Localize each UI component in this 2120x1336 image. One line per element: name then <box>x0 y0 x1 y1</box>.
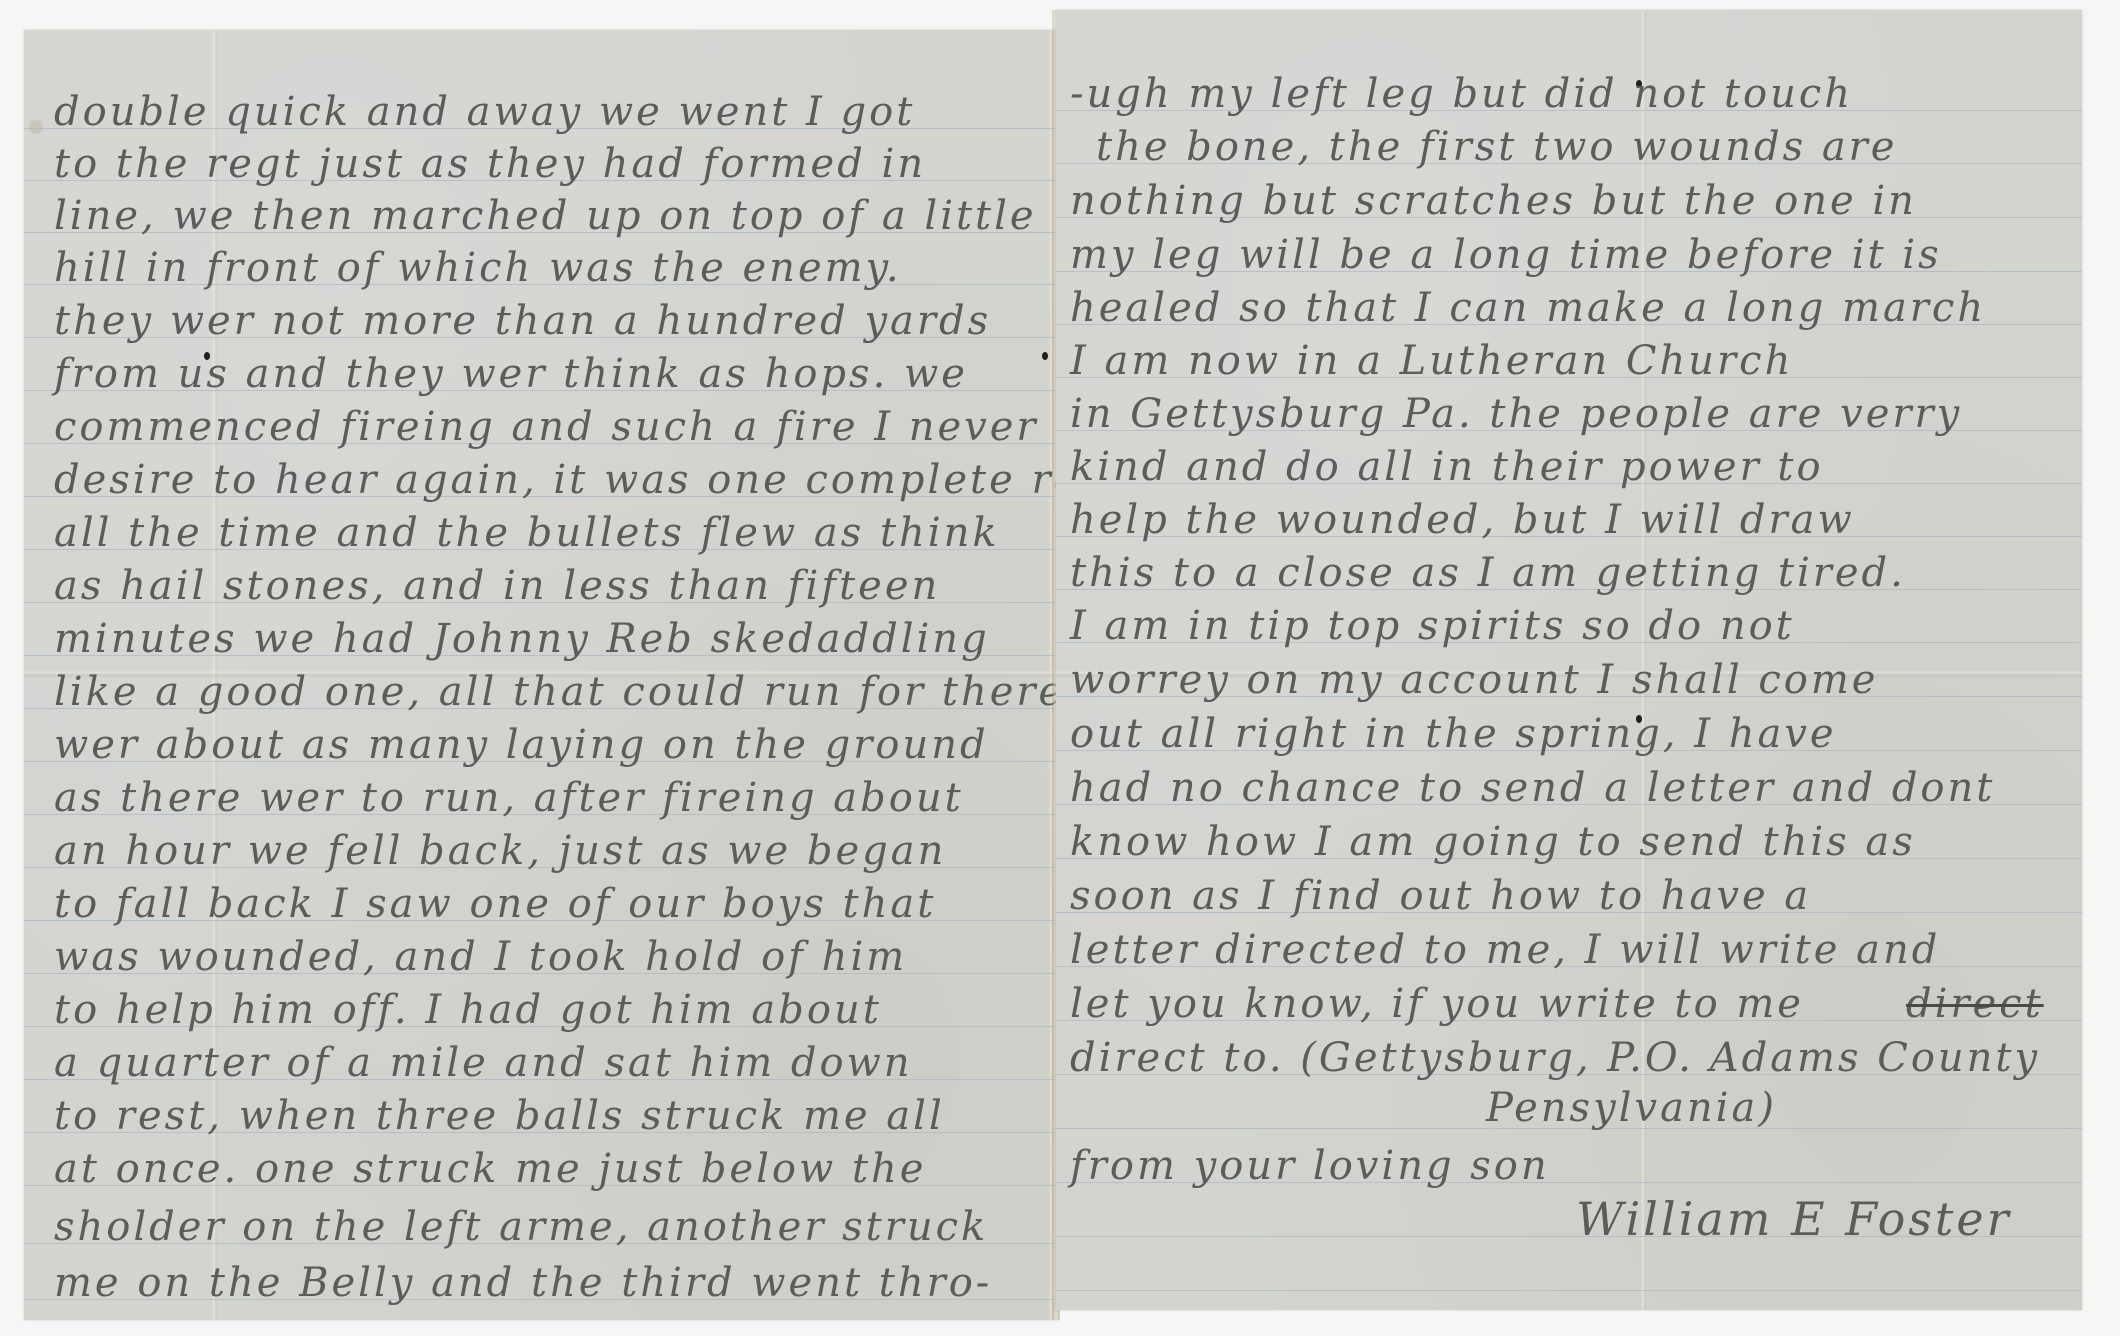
address-state: Pensylvania) <box>1486 1088 1777 1128</box>
struck-word: direct <box>1906 984 2044 1024</box>
letter-line: nothing but scratches but the one in <box>1070 181 1917 221</box>
letter-line: commenced fireing and such a fire I neve… <box>54 407 1039 447</box>
letter-line: a quarter of a mile and sat him down <box>54 1043 913 1083</box>
letter-line: desire to hear again, it was one complet… <box>54 460 1059 500</box>
letter-line: I am now in a Lutheran Church <box>1070 341 1793 381</box>
letter-line: had no chance to send a letter and dont <box>1070 768 1995 808</box>
letter-line: know how I am going to send this as <box>1070 822 1916 862</box>
letter-line: help the wounded, but I will draw <box>1070 500 1855 540</box>
letter-line: me on the Belly and the third went thro- <box>54 1263 992 1303</box>
letter-line: to help him off. I had got him about <box>54 990 882 1030</box>
letter-line: minutes we had Johnny Reb skedaddling <box>54 619 990 659</box>
letter-line: letter directed to me, I will write and <box>1070 930 1940 970</box>
letter-line: to rest, when three balls struck me all <box>54 1096 945 1136</box>
letter-line: my leg will be a long time before it is <box>1070 235 1942 275</box>
letter-line: like a good one, all that could run for … <box>54 672 1059 712</box>
letter-line: out all right in the spring, I have <box>1070 714 1837 754</box>
letter-scan: double quick and away we went I got to t… <box>0 0 2120 1336</box>
paper-stain <box>29 120 43 134</box>
letter-line: sholder on the left arme, another struck <box>54 1207 988 1247</box>
letter-line: healed so that I can make a long march <box>1070 288 1986 328</box>
letter-line: this to a close as I am getting tired. <box>1070 553 1906 593</box>
letter-line: they wer not more than a hundred yards <box>54 301 991 341</box>
letter-line: kind and do all in their power to <box>1070 447 1824 487</box>
letter-line: line, we then marched up on top of a lit… <box>54 196 1037 236</box>
letter-line: let you know, if you write to me <box>1070 984 1804 1024</box>
letter-line: from us and they wer think as hops. we <box>54 354 968 394</box>
letter-closing: from your loving son <box>1070 1146 1550 1186</box>
letter-line: worrey on my account I shall come <box>1070 660 1878 700</box>
letter-page-right: -ugh my left leg but did not touch the b… <box>1056 10 2082 1310</box>
signature: William E Foster <box>1576 1196 2012 1242</box>
letter-line: in Gettysburg Pa. the people are verry <box>1070 394 1962 434</box>
letter-line: as hail stones, and in less than fifteen <box>54 566 940 606</box>
letter-line: double quick and away we went I got <box>54 92 915 132</box>
letter-line: at once. one struck me just below the <box>54 1149 926 1189</box>
letter-line: soon as I find out how to have a <box>1070 876 1811 916</box>
letter-line: was wounded, and I took hold of him <box>54 937 907 977</box>
letter-line: as there wer to run, after fireing about <box>54 778 964 818</box>
letter-line: an hour we fell back, just as we began <box>54 831 946 871</box>
letter-line: I am in tip top spirits so do not <box>1070 606 1795 646</box>
letter-line: -ugh my left leg but did not touch <box>1070 74 1853 114</box>
letter-line: to the regt just as they had formed in <box>54 144 926 184</box>
pin-hole <box>1042 352 1048 360</box>
letter-line: the bone, the first two wounds are <box>1096 127 1897 167</box>
letter-line: wer about as many laying on the ground <box>54 725 989 765</box>
letter-line: all the time and the bullets flew as thi… <box>54 513 1000 553</box>
letter-page-left: double quick and away we went I got to t… <box>24 30 1059 1320</box>
letter-line: direct to. (Gettysburg, P.O. Adams Count… <box>1070 1038 2040 1078</box>
letter-line: to fall back I saw one of our boys that <box>54 884 936 924</box>
letter-line: hill in front of which was the enemy. <box>54 248 902 288</box>
